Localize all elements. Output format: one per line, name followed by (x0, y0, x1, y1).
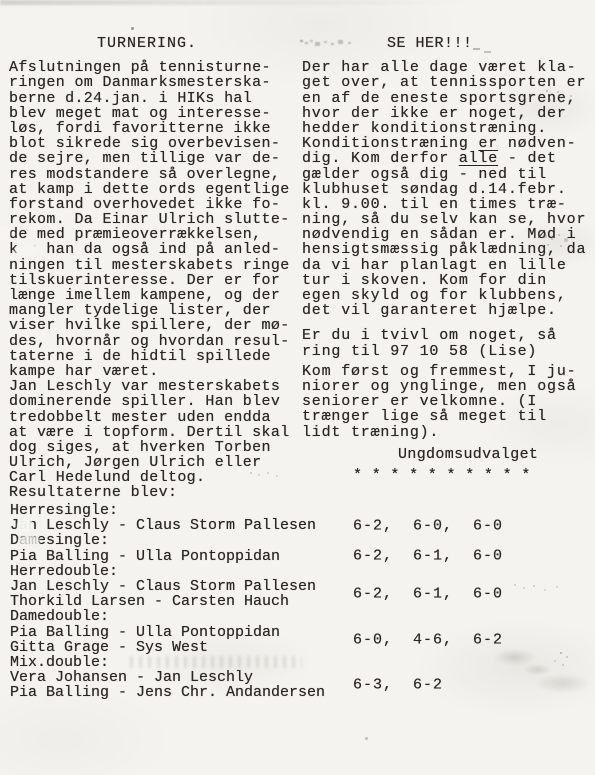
result-category: Herredouble: (8, 564, 590, 579)
text-line: Konditionstræning er nødven- (302, 136, 594, 151)
text-line: kl. 9.00. til en times træ- (302, 197, 594, 212)
score-value: 6-2, 6-0, 6-0 (353, 518, 503, 533)
article-title-turnering: TURNERING. (9, 36, 304, 51)
result-entry: Mix.double:Vera Johansen - Jan LeschlyPi… (8, 655, 590, 701)
text-line: taterne i de hidtil spillede (9, 349, 304, 364)
text-line: hedder konditionstræning. (302, 121, 594, 136)
text-line: rekom. Da Einar Ulrich slutte- (9, 212, 304, 227)
text-line: kom han da også ind på anled- (9, 242, 304, 257)
result-entry: Damedouble:Pia Balling - Ulla Pontoppida… (8, 609, 590, 655)
text-line: egen skyld og for klubbens, (302, 288, 594, 303)
text-line: længe imellem kampene, og der (9, 288, 304, 303)
article-se-her: SE HER!!! Der har alle dage været kla-ge… (302, 36, 594, 483)
text-line: at være i topform. Dertil skal (9, 425, 304, 440)
text-line: dominerende spiller. Han blev (9, 394, 304, 409)
scan-edge-smudge (0, 0, 470, 5)
text-line: kampe har været. (9, 364, 304, 379)
result-category: Herresingle: (8, 503, 590, 518)
text-line: hensigtsmæssig påklædning, da (302, 242, 594, 257)
text-line: da vi har planlagt en lille (302, 258, 594, 273)
text-line: dig. Kom derfor alle - det (302, 151, 594, 166)
text-line: de med præmieoverrækkelsen, (9, 227, 304, 242)
result-category: Mix.double: (8, 655, 590, 670)
text-line: ning, så du selv kan se, hvor (302, 212, 594, 227)
text-line: viser hvilke spillere, der mø- (9, 318, 304, 333)
result-category: Damedouble: (8, 609, 590, 624)
text-line: en af de eneste sportsgrene, (302, 91, 594, 106)
score-value: 6-2, 6-1, 6-0 (353, 587, 503, 602)
text-line: Der har alle dage været kla- (302, 60, 594, 75)
text-segment: - det (498, 150, 557, 167)
team-line: Pia Balling - Jens Chr. Andandersen (8, 685, 590, 700)
text-line: tilskuerinteresse. Der er for (9, 273, 304, 288)
text-line: dog siges, at hverken Torben (9, 440, 304, 455)
score-value: 6-3, 6-2 (353, 678, 443, 693)
text-line: seniorer er velkomne. (I (302, 394, 594, 409)
text-line: tur i skoven. Kom for din (302, 273, 594, 288)
text-line: ningen til mesterskabets ringe (9, 258, 304, 273)
text-line: get over, at tennissporten er (302, 75, 594, 90)
divider-stars: * * * * * * * * * * (302, 468, 594, 483)
result-rows: Pia Balling - Ulla Pontoppidan6-2, 6-1, … (8, 549, 590, 564)
result-entry: Damesingle:Pia Balling - Ulla Pontoppida… (8, 533, 590, 563)
text-line: mangler tydelige lister, der (9, 303, 304, 318)
result-entry: Herresingle:Jan Leschly - Claus Storm Pa… (8, 503, 590, 533)
score-value: 6-0, 4-6, 6-2 (353, 632, 503, 647)
text-line: nødvendig en sådan er. Mød i (302, 227, 594, 242)
result-rows: Vera Johansen - Jan LeschlyPia Balling -… (8, 670, 590, 700)
text-line: Ulrich, Jørgen Ulrich eller (9, 455, 304, 470)
text-line: trænger lige så meget til (302, 409, 594, 424)
article-se-her-body: Der har alle dage været kla-get over, at… (302, 60, 594, 440)
article-title-se-her: SE HER!!! (302, 36, 594, 51)
text-line: Carl Hedelund deltog. (9, 470, 304, 485)
text-line: niorer og ynglinge, men også (302, 379, 594, 394)
text-line: blev meget mat og interesse- (9, 106, 304, 121)
result-category: Damesingle: (8, 533, 590, 548)
text-line: klubhuset søndag d.14.febr. (302, 182, 594, 197)
text-line: de sejre, men tillige var de- (9, 151, 304, 166)
text-line: gælder også dig - ned til (302, 167, 594, 182)
signature-ungdomsudvalget: Ungdomsudvalget (302, 447, 594, 462)
scan-speck (365, 737, 368, 740)
text-line: blot sikrede sig overbevisen- (9, 136, 304, 151)
text-line: Er du i tvivl om noget, så (302, 328, 594, 343)
result-rows: Jan Leschly - Claus Storm PallesenThorki… (8, 579, 590, 609)
text-line: des, hvornår og hvordan resul- (9, 334, 304, 349)
scan-speck (131, 27, 134, 30)
text-line: Kom først og fremmest, I ju- (302, 364, 594, 379)
text-line: ringen om Danmarksmesterska- (9, 75, 304, 90)
score-value: 6-2, 6-1, 6-0 (353, 549, 503, 564)
text-segment: dig. Kom derfor (302, 150, 459, 167)
text-line: Afslutningen på tennisturne- (9, 60, 304, 75)
text-line: berne d.24.jan. i HIKs hal (9, 91, 304, 106)
result-rows: Pia Balling - Ulla PontoppidanGitta Grag… (8, 625, 590, 655)
text-line: lidt træning). (302, 425, 594, 440)
article-turnering-body: Afslutningen på tennisturne-ringen om Da… (9, 60, 304, 500)
result-rows: Jan Leschly - Claus Storm Pallesen6-2, 6… (8, 518, 590, 533)
text-line: tredobbelt mester uden endda (9, 410, 304, 425)
article-turnering: TURNERING. Afslutningen på tennisturne-r… (9, 36, 304, 501)
scanned-newsletter-page: TURNERING. Afslutningen på tennisturne-r… (0, 0, 595, 775)
text-line: hvor der ikke er noget, der (302, 106, 594, 121)
text-line: Resultaterne blev: (9, 485, 304, 500)
text-line: løs, fordi favoritterne ikke (9, 121, 304, 136)
text-line: res modstandere så overlegne, (9, 167, 304, 182)
results-section: Herresingle:Jan Leschly - Claus Storm Pa… (8, 503, 590, 700)
paragraph: Der har alle dage været kla-get over, at… (302, 60, 594, 318)
text-line: det vil garanteret hjælpe. (302, 303, 594, 318)
result-entry: Herredouble:Jan Leschly - Claus Storm Pa… (8, 564, 590, 610)
text-line: at kamp i dette ords egentlige (9, 182, 304, 197)
paragraph: Kom først og fremmest, I ju-niorer og yn… (302, 364, 594, 440)
text-line: ring til 97 10 58 (Lise) (302, 344, 594, 359)
team-line: Vera Johansen - Jan Leschly (8, 670, 590, 685)
paragraph: Er du i tvivl om noget, såring til 97 10… (302, 328, 594, 358)
underlined-word: alle (459, 150, 498, 167)
text-line: Jan Leschly var mesterskabets (9, 379, 304, 394)
text-line: forstand overhovedet ikke fo- (9, 197, 304, 212)
